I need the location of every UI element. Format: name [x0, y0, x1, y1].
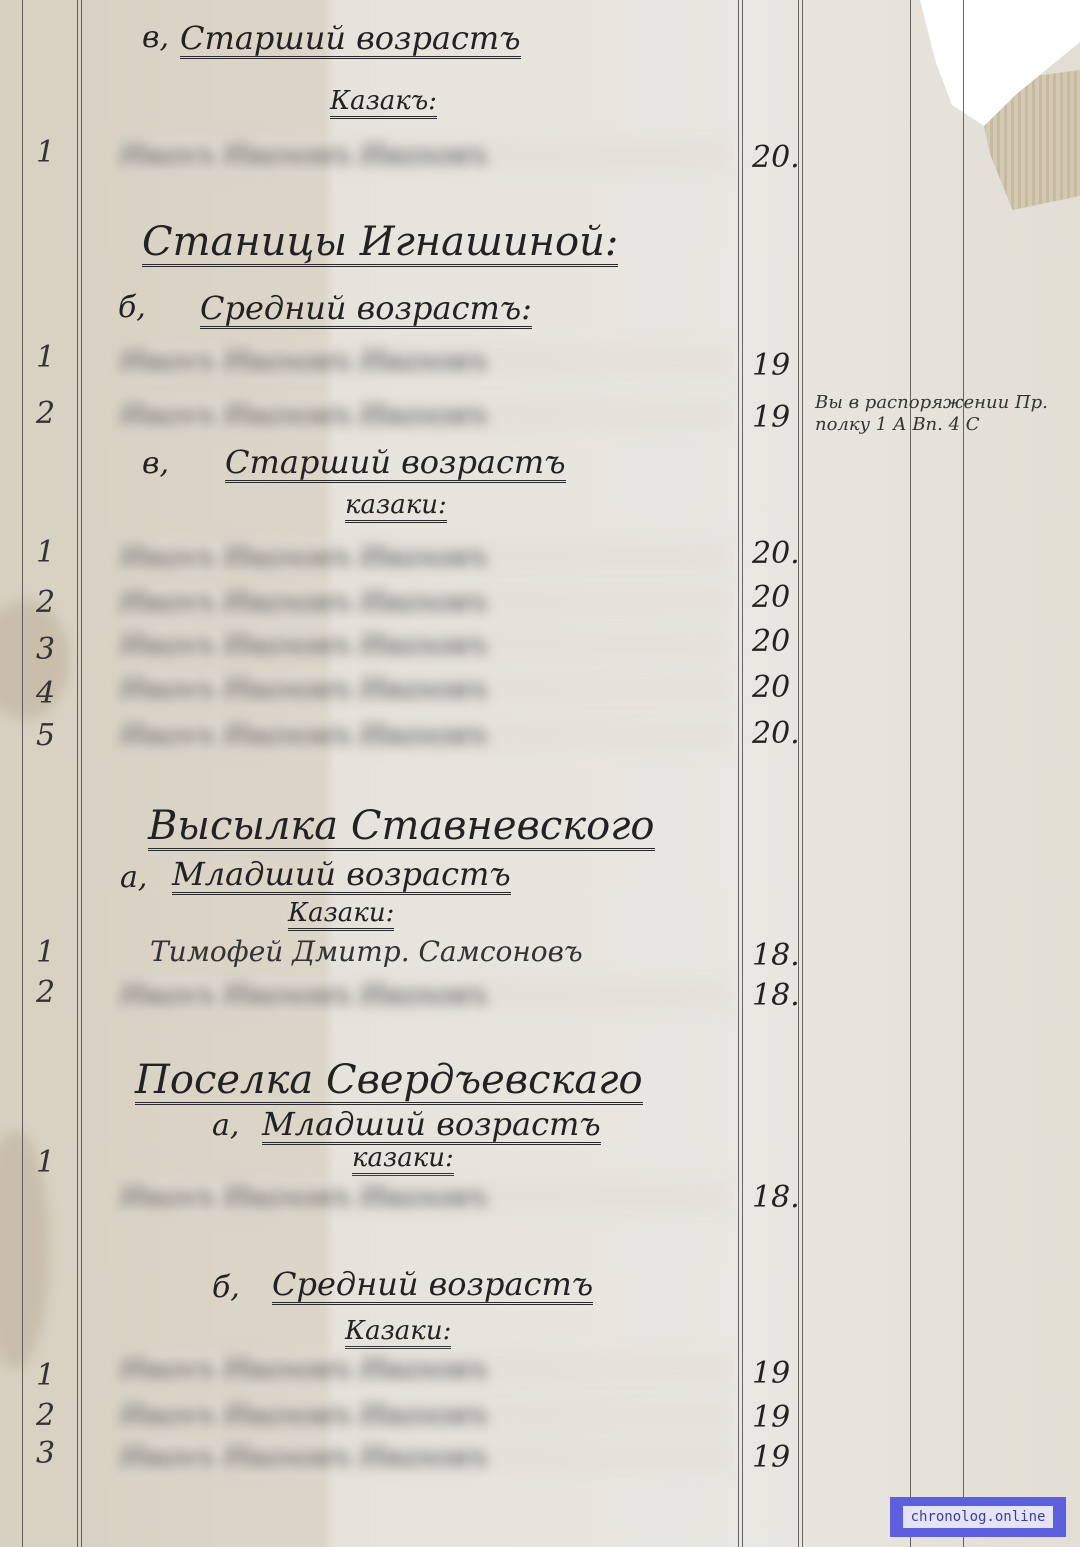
margin-note: Вы в распоряжении Пр. полку 1 А Вп. 4 С — [815, 392, 1075, 436]
margin-rule — [22, 0, 23, 1547]
row-number: 3 — [36, 632, 55, 667]
row-number: 1 — [36, 935, 55, 970]
age-group-prefix: в, — [142, 20, 169, 55]
category-heading: казаки: — [352, 1145, 454, 1176]
person-name-blurred: Иванъ Ивановъ Ивановъ — [120, 138, 730, 172]
row-number: 1 — [36, 1145, 55, 1180]
margin-rule — [81, 0, 82, 1547]
person-name-blurred: Иванъ Ивановъ Ивановъ — [120, 978, 730, 1012]
person-name-blurred: Иванъ Ивановъ Ивановъ — [120, 628, 730, 662]
row-number: 1 — [36, 135, 55, 170]
age-value: 19 — [752, 1356, 790, 1391]
age-group-prefix: б, — [118, 290, 146, 325]
age-group-heading: Средний возрастъ: — [200, 292, 532, 329]
column-rule — [798, 0, 799, 1547]
station-heading: Поселка Свердъевскаго — [135, 1060, 643, 1105]
row-number: 5 — [36, 718, 55, 753]
column-rule — [802, 0, 803, 1547]
age-group-heading: Старший возрастъ — [180, 22, 521, 59]
column-rule — [910, 0, 911, 1547]
age-value: 20 — [752, 580, 790, 615]
row-number: 3 — [36, 1436, 55, 1471]
person-name-blurred: Иванъ Ивановъ Ивановъ — [120, 344, 730, 378]
age-value: 20 — [752, 670, 790, 705]
person-name-blurred: Иванъ Ивановъ Ивановъ — [120, 672, 730, 706]
row-number: 1 — [36, 535, 55, 570]
station-heading: Высылка Ставневского — [148, 806, 655, 851]
row-number: 4 — [36, 676, 55, 711]
age-value: 18. — [752, 1180, 800, 1215]
person-name-blurred: Иванъ Ивановъ Ивановъ — [120, 1440, 730, 1474]
age-group-heading: Младший возрастъ — [172, 858, 511, 895]
row-number: 2 — [36, 396, 55, 431]
watermark-badge: chronolog.online — [890, 1497, 1066, 1537]
age-group-prefix: б, — [212, 1270, 240, 1305]
age-value: 18. — [752, 978, 800, 1013]
row-number: 2 — [36, 1398, 55, 1433]
watermark-text: chronolog.online — [903, 1506, 1054, 1528]
age-group-heading: Старший возрастъ — [225, 446, 566, 483]
age-value: 19 — [752, 1440, 790, 1475]
category-heading: Казаки: — [288, 900, 394, 931]
age-value: 20. — [752, 536, 800, 571]
age-group-heading: Младший возрастъ — [262, 1108, 601, 1145]
age-value: 20. — [752, 140, 800, 175]
person-name-blurred: Иванъ Ивановъ Ивановъ — [120, 1398, 730, 1432]
row-number: 1 — [36, 340, 55, 375]
category-heading: Казакъ: — [330, 88, 437, 119]
margin-rule — [77, 0, 78, 1547]
category-heading: казаки: — [345, 492, 447, 523]
person-name-blurred: Иванъ Ивановъ Ивановъ — [120, 1180, 730, 1214]
age-group-heading: Средний возрастъ — [272, 1268, 593, 1305]
person-name-blurred: Иванъ Ивановъ Ивановъ — [120, 540, 730, 574]
column-rule — [963, 0, 964, 1547]
age-group-prefix: в, — [142, 446, 169, 481]
age-value: 20 — [752, 624, 790, 659]
paper-stain — [0, 600, 70, 720]
column-rule — [742, 0, 743, 1547]
person-name-blurred: Иванъ Ивановъ Ивановъ — [120, 718, 730, 752]
row-number: 1 — [36, 1358, 55, 1393]
age-value: 19 — [752, 1400, 790, 1435]
age-group-prefix: а, — [120, 860, 147, 895]
category-heading: Казаки: — [345, 1318, 451, 1349]
age-group-prefix: а, — [212, 1108, 239, 1143]
document-page: в, Старший возрастъ Казакъ: 1 Иванъ Иван… — [0, 0, 1080, 1547]
row-number: 2 — [36, 585, 55, 620]
age-value: 19 — [752, 400, 790, 435]
column-rule — [738, 0, 739, 1547]
age-value: 19 — [752, 348, 790, 383]
person-name-blurred: Иванъ Ивановъ Ивановъ — [120, 398, 730, 432]
age-value: 18. — [752, 938, 800, 973]
person-name: Тимофей Дмитр. Самсоновъ — [150, 935, 760, 969]
person-name-blurred: Иванъ Ивановъ Ивановъ — [120, 585, 730, 619]
age-value: 20. — [752, 716, 800, 751]
person-name-blurred: Иванъ Ивановъ Ивановъ — [120, 1352, 730, 1386]
row-number: 2 — [36, 975, 55, 1010]
station-heading: Станицы Игнашиной: — [142, 222, 618, 267]
